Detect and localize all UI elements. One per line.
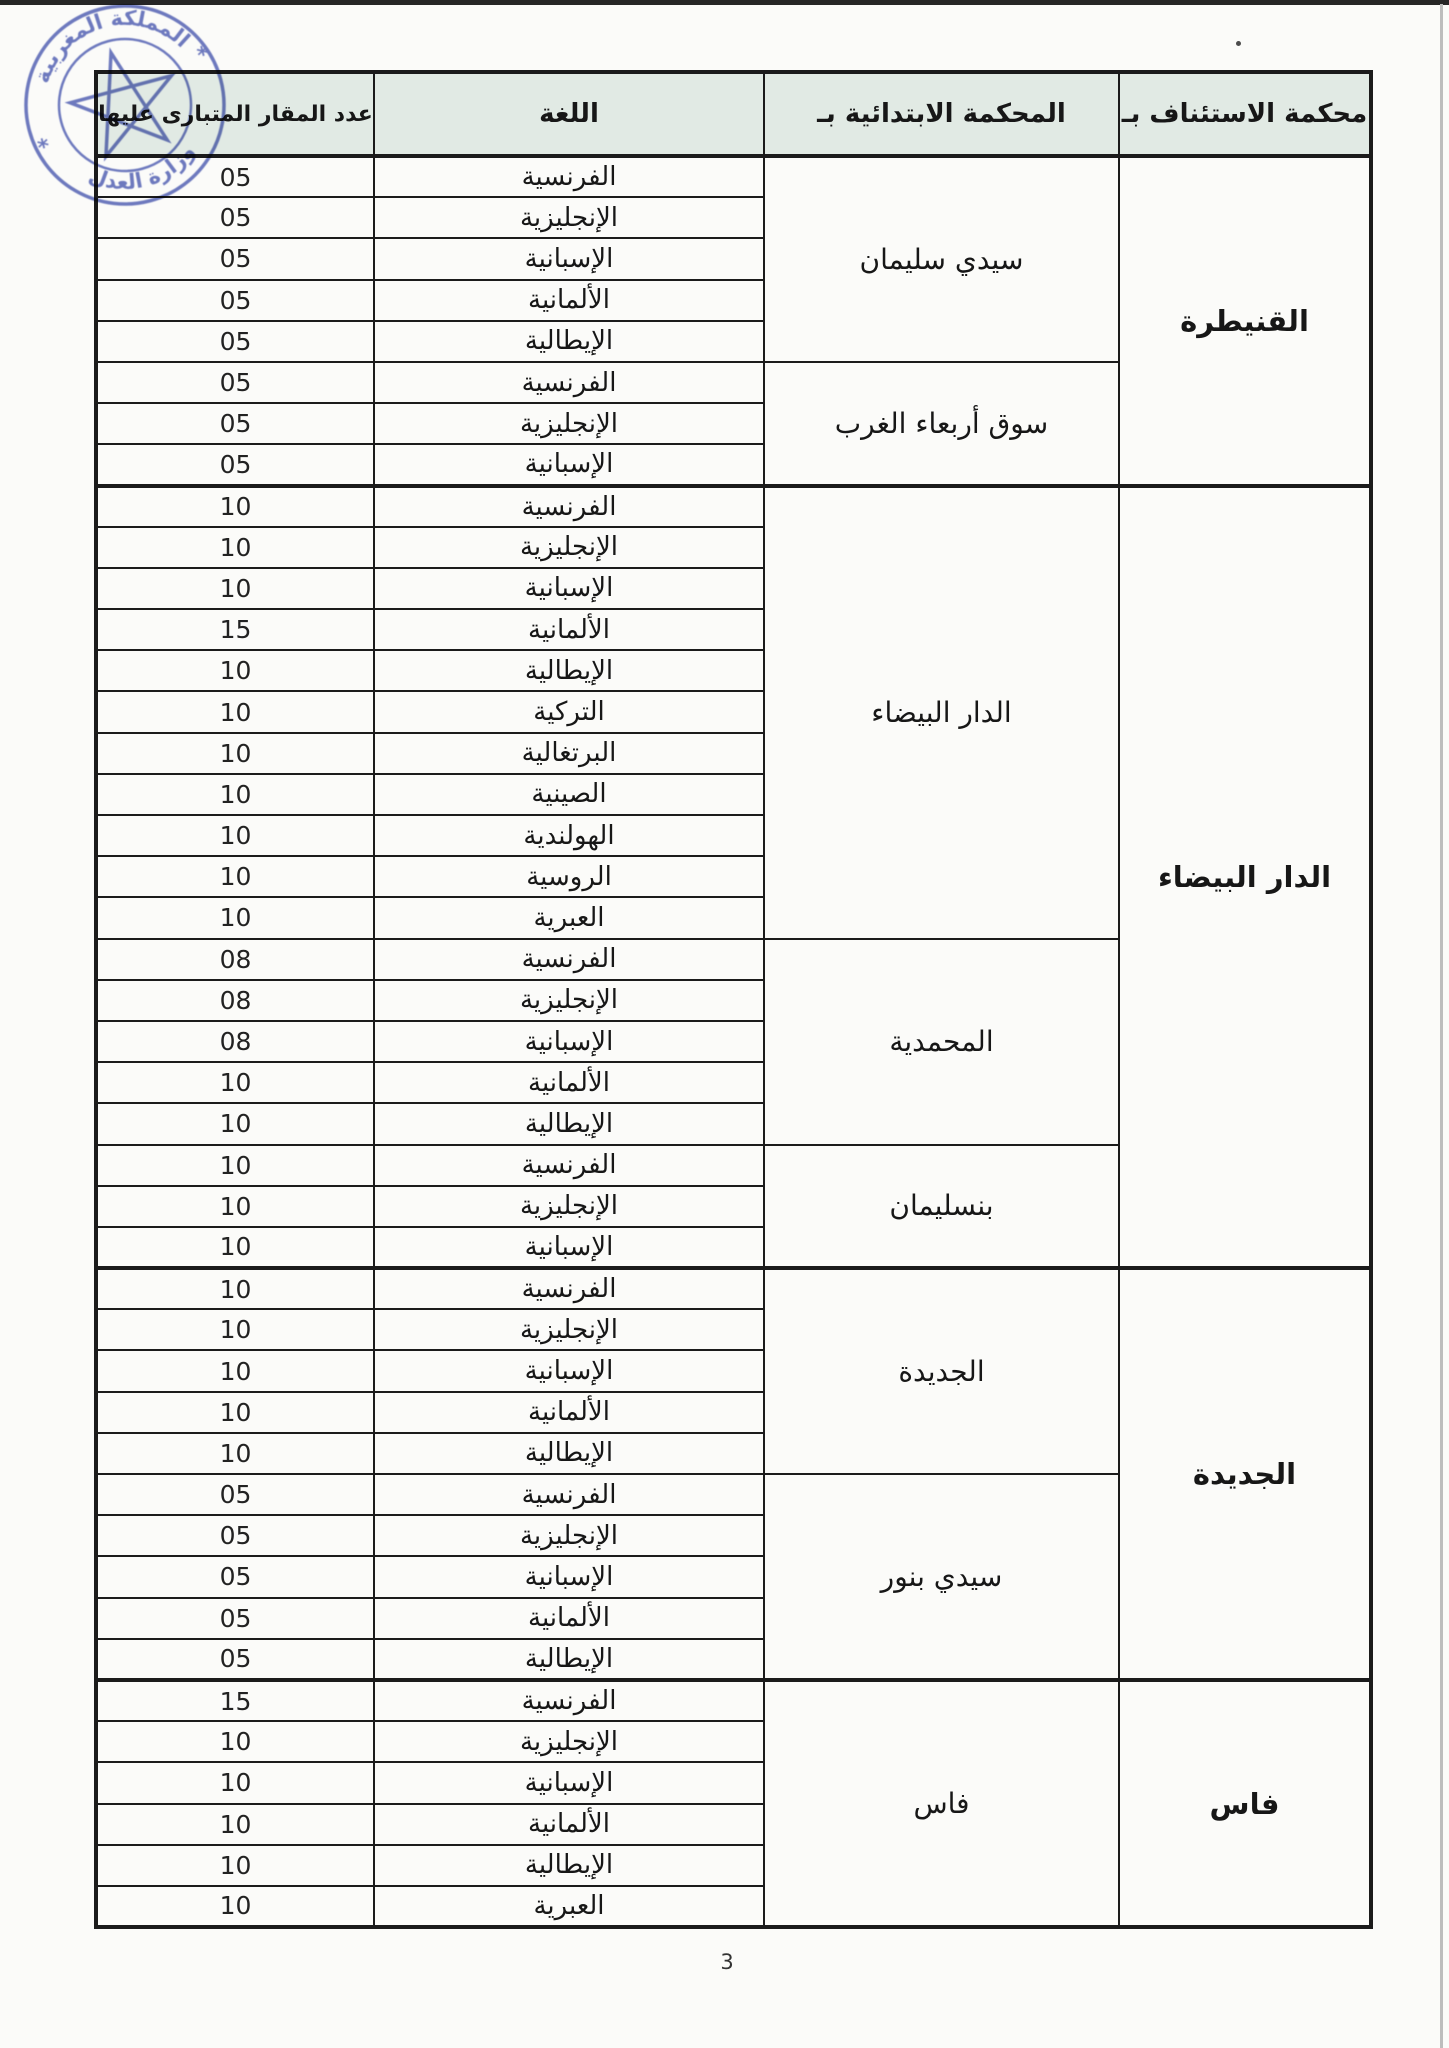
language-cell: الإسبانية (374, 1227, 764, 1268)
language-cell: الفرنسية (374, 1268, 764, 1309)
language-cell: الهولندية (374, 815, 764, 856)
language-cell: البرتغالية (374, 733, 764, 774)
seal-left-star-icon: * (35, 134, 53, 161)
seats-count-cell: 10 (96, 1350, 374, 1391)
language-cell: الألمانية (374, 1062, 764, 1103)
seats-count-cell: 05 (96, 1639, 374, 1680)
seats-count-cell: 15 (96, 1680, 374, 1721)
seats-count-cell: 05 (96, 1474, 374, 1515)
language-cell: الإسبانية (374, 238, 764, 279)
seats-count-cell: 10 (96, 1433, 374, 1474)
language-cell: الإنجليزية (374, 1721, 764, 1762)
seats-count-cell: 05 (96, 321, 374, 362)
language-cell: الإنجليزية (374, 1309, 764, 1350)
language-cell: الإسبانية (374, 1762, 764, 1803)
language-cell: الإيطالية (374, 1103, 764, 1144)
language-cell: التركية (374, 691, 764, 732)
seats-count-cell: 10 (96, 1186, 374, 1227)
header-row: محكمة الاستئناف بـ المحكمة الابتدائية بـ… (96, 72, 1371, 156)
seats-count-cell: 10 (96, 897, 374, 938)
court-language-assignments-table: محكمة الاستئناف بـ المحكمة الابتدائية بـ… (94, 70, 1373, 1929)
seats-count-cell: 10 (96, 486, 374, 527)
language-cell: الصينية (374, 774, 764, 815)
language-cell: الإنجليزية (374, 1515, 764, 1556)
first-instance-court-cell: سيدي سليمان (764, 156, 1119, 362)
ministry-justice-seal-icon: المملكة المغربية وزارة العدل * * (0, 0, 250, 230)
table-body: القنيطرةسيدي سليمانالفرنسية05الإنجليزية0… (96, 156, 1371, 1927)
language-cell: الألمانية (374, 280, 764, 321)
seats-count-cell: 10 (96, 815, 374, 856)
appeal-court-cell: القنيطرة (1119, 156, 1371, 486)
seats-count-cell: 10 (96, 1227, 374, 1268)
language-cell: العبرية (374, 897, 764, 938)
first-instance-court-cell: سيدي بنور (764, 1474, 1119, 1680)
scan-speck-artifact (1236, 41, 1241, 46)
seats-count-cell: 05 (96, 1556, 374, 1597)
language-cell: الإسبانية (374, 444, 764, 485)
seats-count-cell: 05 (96, 444, 374, 485)
table-row: الدار البيضاءالدار البيضاءالفرنسية10 (96, 486, 1371, 527)
seats-count-cell: 10 (96, 733, 374, 774)
first-instance-court-cell: الجديدة (764, 1268, 1119, 1474)
appeal-court-cell: الجديدة (1119, 1268, 1371, 1680)
seats-count-cell: 10 (96, 650, 374, 691)
language-cell: الإنجليزية (374, 197, 764, 238)
language-cell: الإيطالية (374, 1639, 764, 1680)
seats-count-cell: 10 (96, 1886, 374, 1927)
seats-count-cell: 05 (96, 362, 374, 403)
language-cell: الألمانية (374, 1598, 764, 1639)
seats-count-cell: 08 (96, 980, 374, 1021)
seats-count-cell: 10 (96, 691, 374, 732)
seats-count-cell: 10 (96, 527, 374, 568)
first-instance-court-cell: المحمدية (764, 939, 1119, 1145)
language-cell: الإنجليزية (374, 527, 764, 568)
seats-count-cell: 10 (96, 568, 374, 609)
language-cell: الإيطالية (374, 650, 764, 691)
language-cell: الإسبانية (374, 568, 764, 609)
language-cell: الإنجليزية (374, 403, 764, 444)
seats-count-cell: 08 (96, 939, 374, 980)
header-appeal-court: محكمة الاستئناف بـ (1119, 72, 1371, 156)
seats-count-cell: 05 (96, 1598, 374, 1639)
language-cell: الإيطالية (374, 1433, 764, 1474)
first-instance-court-cell: سوق أربعاء الغرب (764, 362, 1119, 486)
language-cell: الفرنسية (374, 362, 764, 403)
header-language: اللغة (374, 72, 764, 156)
seats-count-cell: 05 (96, 238, 374, 279)
first-instance-court-cell: الدار البيضاء (764, 486, 1119, 939)
document-page: المملكة المغربية وزارة العدل * * محكمة ا… (0, 0, 1449, 2048)
seats-count-cell: 10 (96, 856, 374, 897)
seats-count-cell: 08 (96, 1021, 374, 1062)
scan-right-edge-artifact (1440, 4, 1443, 2048)
language-cell: الفرنسية (374, 486, 764, 527)
page-number: 3 (677, 1950, 777, 1980)
seats-count-cell: 10 (96, 1721, 374, 1762)
seats-count-cell: 05 (96, 403, 374, 444)
language-cell: الإسبانية (374, 1350, 764, 1391)
appeal-court-cell: فاس (1119, 1680, 1371, 1927)
table-row: فاسفاسالفرنسية15 (96, 1680, 1371, 1721)
seats-count-cell: 10 (96, 774, 374, 815)
seal-bottom-text: وزارة العدل (81, 136, 205, 206)
language-cell: الألمانية (374, 1804, 764, 1845)
seats-count-cell: 10 (96, 1845, 374, 1886)
language-cell: الفرنسية (374, 1680, 764, 1721)
header-first-instance-court: المحكمة الابتدائية بـ (764, 72, 1119, 156)
seats-count-cell: 10 (96, 1145, 374, 1186)
seats-count-cell: 10 (96, 1804, 374, 1845)
language-cell: الإيطالية (374, 1845, 764, 1886)
seats-count-cell: 05 (96, 1515, 374, 1556)
language-cell: الإنجليزية (374, 980, 764, 1021)
seats-count-cell: 10 (96, 1103, 374, 1144)
table-row: الجديدةالجديدةالفرنسية10 (96, 1268, 1371, 1309)
language-cell: الإنجليزية (374, 1186, 764, 1227)
seats-count-cell: 05 (96, 280, 374, 321)
language-cell: الألمانية (374, 609, 764, 650)
seats-count-cell: 10 (96, 1392, 374, 1433)
language-cell: الفرنسية (374, 939, 764, 980)
seats-count-cell: 10 (96, 1762, 374, 1803)
language-cell: الألمانية (374, 1392, 764, 1433)
seats-count-cell: 10 (96, 1268, 374, 1309)
first-instance-court-cell: فاس (764, 1680, 1119, 1927)
language-cell: الفرنسية (374, 1474, 764, 1515)
seats-count-cell: 15 (96, 609, 374, 650)
language-cell: الإسبانية (374, 1021, 764, 1062)
first-instance-court-cell: بنسليمان (764, 1145, 1119, 1269)
language-cell: الفرنسية (374, 156, 764, 197)
language-cell: الإسبانية (374, 1556, 764, 1597)
seats-count-cell: 10 (96, 1309, 374, 1350)
table-row: القنيطرةسيدي سليمانالفرنسية05 (96, 156, 1371, 197)
appeal-court-cell: الدار البيضاء (1119, 486, 1371, 1269)
language-cell: الفرنسية (374, 1145, 764, 1186)
seats-count-cell: 10 (96, 1062, 374, 1103)
language-cell: العبرية (374, 1886, 764, 1927)
language-cell: الإيطالية (374, 321, 764, 362)
language-cell: الروسية (374, 856, 764, 897)
